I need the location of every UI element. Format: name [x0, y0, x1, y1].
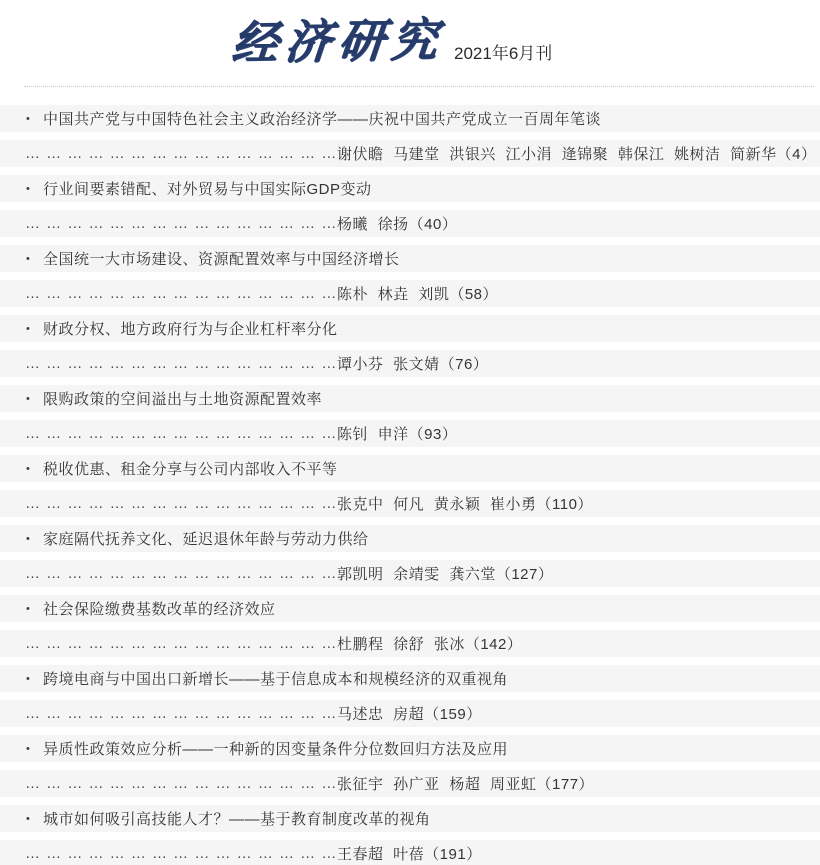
article-authors-row: … … … … … … … … … … … … … … … … … … … … … — [0, 280, 820, 307]
article-title: 社会保险缴费基数改革的经济效应 — [43, 598, 276, 619]
toc-item: • 中国共产党与中国特色社会主义政治经济学——庆祝中国共产党成立一百周年笔谈 …… — [0, 105, 820, 167]
article-authors-page: 马述忠 房超（159） — [337, 703, 482, 724]
dot-leader: … … … … … … … … … … … … … … … … … … … … … — [25, 145, 337, 162]
article-title: 异质性政策效应分析——一种新的因变量条件分位数回归方法及应用 — [43, 738, 508, 759]
article-authors-page: 王春超 叶蓓（191） — [337, 843, 482, 864]
bullet-icon: • — [26, 743, 43, 755]
journal-header: 经济研究 2021年6月刊 — [0, 0, 820, 86]
article-title-row: • 全国统一大市场建设、资源配置效率与中国经济增长 — [0, 245, 820, 272]
article-authors-page: 陈朴 林垚 刘凯（58） — [337, 283, 498, 304]
toc-item: • 城市如何吸引高技能人才？——基于教育制度改革的视角 … … … … … … … — [0, 805, 820, 865]
toc-item: • 跨境电商与中国出口新增长——基于信息成本和规模经济的双重视角 … … … …… — [0, 665, 820, 727]
toc-item: • 社会保险缴费基数改革的经济效应 … … … … … … … … … … … … — [0, 595, 820, 657]
article-title-row: • 税收优惠、租金分享与公司内部收入不平等 — [0, 455, 820, 482]
article-authors-page: 郭凯明 余靖雯 龚六堂（127） — [337, 563, 553, 584]
bullet-icon: • — [26, 603, 43, 615]
dotted-divider — [24, 86, 814, 87]
dot-leader: … … … … … … … … … … … … … … … … … … … … … — [25, 285, 337, 302]
article-title: 中国共产党与中国特色社会主义政治经济学——庆祝中国共产党成立一百周年笔谈 — [43, 108, 601, 129]
bullet-icon: • — [26, 533, 43, 545]
toc-item: • 异质性政策效应分析——一种新的因变量条件分位数回归方法及应用 … … … …… — [0, 735, 820, 797]
article-title-row: • 跨境电商与中国出口新增长——基于信息成本和规模经济的双重视角 — [0, 665, 820, 692]
article-title: 限购政策的空间溢出与土地资源配置效率 — [43, 388, 322, 409]
article-authors-page: 陈钊 申洋（93） — [337, 423, 457, 444]
bullet-icon: • — [26, 113, 43, 125]
article-title: 城市如何吸引高技能人才？——基于教育制度改革的视角 — [43, 808, 431, 829]
article-title-row: • 城市如何吸引高技能人才？——基于教育制度改革的视角 — [0, 805, 820, 832]
toc-item: • 家庭隔代抚养文化、延迟退休年龄与劳动力供给 … … … … … … … … … — [0, 525, 820, 587]
dot-leader: … … … … … … … … … … … … … … … … … … … … … — [25, 565, 337, 582]
dot-leader: … … … … … … … … … … … … … … … … … … … … … — [25, 495, 337, 512]
article-title: 家庭隔代抚养文化、延迟退休年龄与劳动力供给 — [43, 528, 369, 549]
issue-label: 2021年6月刊 — [454, 39, 552, 64]
article-title-row: • 限购政策的空间溢出与土地资源配置效率 — [0, 385, 820, 412]
article-title: 税收优惠、租金分享与公司内部收入不平等 — [43, 458, 338, 479]
article-authors-row: … … … … … … … … … … … … … … … … … … … … … — [0, 630, 820, 657]
toc-item: • 限购政策的空间溢出与土地资源配置效率 … … … … … … … … … …… — [0, 385, 820, 447]
dot-leader: … … … … … … … … … … … … … … … … … … … … … — [25, 705, 337, 722]
article-title-row: • 异质性政策效应分析——一种新的因变量条件分位数回归方法及应用 — [0, 735, 820, 762]
article-authors-row: … … … … … … … … … … … … … … … … … … … … … — [0, 770, 820, 797]
article-title-row: • 行业间要素错配、对外贸易与中国实际GDP变动 — [0, 175, 820, 202]
article-authors-row: … … … … … … … … … … … … … … … … … … … … … — [0, 350, 820, 377]
article-authors-row: … … … … … … … … … … … … … … … … … … … … … — [0, 420, 820, 447]
toc-item: • 行业间要素错配、对外贸易与中国实际GDP变动 … … … … … … … …… — [0, 175, 820, 237]
journal-logo-calligraphy: 经济研究 — [230, 16, 446, 66]
bullet-icon: • — [26, 673, 43, 685]
toc-list: • 中国共产党与中国特色社会主义政治经济学——庆祝中国共产党成立一百周年笔谈 …… — [0, 105, 820, 865]
bullet-icon: • — [26, 323, 43, 335]
article-authors-page: 杜鹏程 徐舒 张冰（142） — [337, 633, 522, 654]
article-authors-row: … … … … … … … … … … … … … … … … … … … … … — [0, 140, 820, 167]
article-title-row: • 财政分权、地方政府行为与企业杠杆率分化 — [0, 315, 820, 342]
toc-item: • 财政分权、地方政府行为与企业杠杆率分化 … … … … … … … … … … — [0, 315, 820, 377]
article-title: 财政分权、地方政府行为与企业杠杆率分化 — [43, 318, 338, 339]
bullet-icon: • — [26, 393, 43, 405]
toc-item: • 全国统一大市场建设、资源配置效率与中国经济增长 … … … … … … … … — [0, 245, 820, 307]
article-title: 全国统一大市场建设、资源配置效率与中国经济增长 — [43, 248, 400, 269]
article-title: 行业间要素错配、对外贸易与中国实际GDP变动 — [43, 178, 372, 199]
article-authors-page: 张征宇 孙广亚 杨超 周亚虹（177） — [337, 773, 594, 794]
dot-leader: … … … … … … … … … … … … … … … … … … … … … — [25, 635, 337, 652]
dot-leader: … … … … … … … … … … … … … … … … … … … … … — [25, 425, 337, 442]
bullet-icon: • — [26, 813, 43, 825]
article-authors-page: 张克中 何凡 黄永颖 崔小勇（110） — [337, 493, 593, 514]
article-authors-row: … … … … … … … … … … … … … … … … … … … … … — [0, 700, 820, 727]
article-authors-page: 谢伏瞻 马建堂 洪银兴 江小涓 逄锦聚 韩保江 姚树洁 简新华（4） — [337, 143, 817, 164]
toc-item: • 税收优惠、租金分享与公司内部收入不平等 … … … … … … … … … … — [0, 455, 820, 517]
bullet-icon: • — [26, 183, 43, 195]
article-title-row: • 家庭隔代抚养文化、延迟退休年龄与劳动力供给 — [0, 525, 820, 552]
article-authors-row: … … … … … … … … … … … … … … … … … … … … … — [0, 840, 820, 865]
journal-toc-page: 经济研究 2021年6月刊 • 中国共产党与中国特色社会主义政治经济学——庆祝中… — [0, 0, 820, 865]
article-title-row: • 社会保险缴费基数改革的经济效应 — [0, 595, 820, 622]
article-title: 跨境电商与中国出口新增长——基于信息成本和规模经济的双重视角 — [43, 668, 508, 689]
bullet-icon: • — [26, 463, 43, 475]
article-title-row: • 中国共产党与中国特色社会主义政治经济学——庆祝中国共产党成立一百周年笔谈 — [0, 105, 820, 132]
article-authors-row: … … … … … … … … … … … … … … … … … … … … … — [0, 490, 820, 517]
article-authors-page: 杨曦 徐扬（40） — [337, 213, 457, 234]
article-authors-row: … … … … … … … … … … … … … … … … … … … … … — [0, 560, 820, 587]
dot-leader: … … … … … … … … … … … … … … … … … … … … … — [25, 845, 337, 862]
dot-leader: … … … … … … … … … … … … … … … … … … … … … — [25, 775, 337, 792]
dot-leader: … … … … … … … … … … … … … … … … … … … … … — [25, 355, 337, 372]
article-authors-row: … … … … … … … … … … … … … … … … … … … … … — [0, 210, 820, 237]
bullet-icon: • — [26, 253, 43, 265]
dot-leader: … … … … … … … … … … … … … … … … … … … … … — [25, 215, 337, 232]
article-authors-page: 谭小芬 张文婧（76） — [337, 353, 488, 374]
